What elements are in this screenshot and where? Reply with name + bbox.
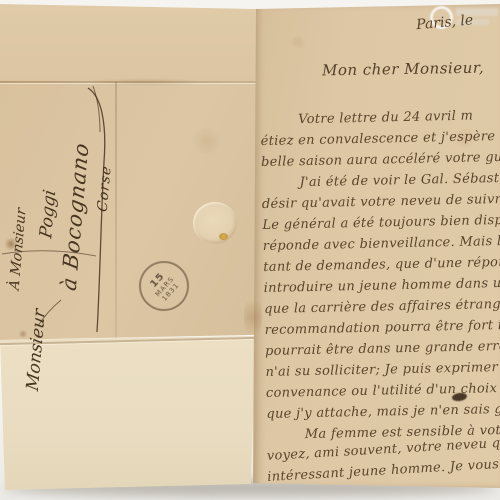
letter-salutation: Mon cher Monsieur, bbox=[322, 59, 484, 80]
address-flourish-strokes bbox=[0, 0, 260, 440]
foxing-stain bbox=[288, 36, 308, 48]
letter-body: Votre lettre du 24 avril m étiez en conv… bbox=[260, 105, 500, 488]
letter-photo: 15 MARS 1831 À Monsieur Monsieur Poggi à… bbox=[0, 0, 500, 500]
